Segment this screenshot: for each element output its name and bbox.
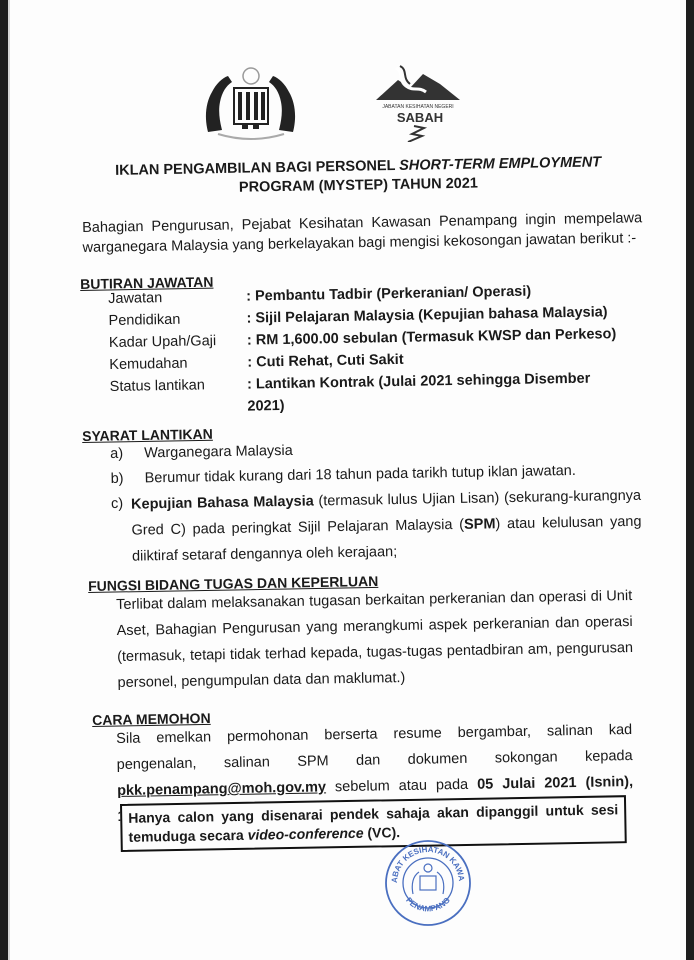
list-item: c)Kepujian Bahasa Malaysia (termasuk lul… — [111, 483, 642, 570]
sabah-health-logo-icon: JABATAN KESIHATAN NEGERI SABAH — [368, 62, 468, 142]
document-page: JABATAN KESIHATAN NEGERI SABAH IKLAN PEN… — [8, 0, 688, 960]
functions-paragraph: Terlibat dalam melaksanakan tugasan berk… — [116, 583, 634, 696]
photo-edge — [686, 0, 694, 960]
interview-notice-box: Hanya calon yang disenarai pendek sahaja… — [120, 795, 627, 852]
job-details-table: Jawatan: Pembantu Tadbir (Perkeranian/ O… — [108, 279, 630, 398]
coat-of-arms-icon — [198, 62, 303, 142]
svg-text:SABAH: SABAH — [397, 110, 443, 125]
office-stamp-icon: PEJABAT KESIHATAN KAWASAN PENAMPANG — [383, 838, 473, 928]
email-link[interactable]: pkk.penampang@moh.gov.my — [117, 779, 326, 799]
header-logos: JABATAN KESIHATAN NEGERI SABAH — [198, 62, 498, 142]
intro-paragraph: Bahagian Pengurusan, Pejabat Kesihatan K… — [82, 208, 643, 258]
page-title: IKLAN PENGAMBILAN BAGI PERSONEL SHORT-TE… — [108, 153, 609, 200]
svg-text:PENAMPANG: PENAMPANG — [404, 896, 452, 914]
conditions-list: a)Warganegara Malaysia b)Berumur tidak k… — [110, 433, 642, 570]
